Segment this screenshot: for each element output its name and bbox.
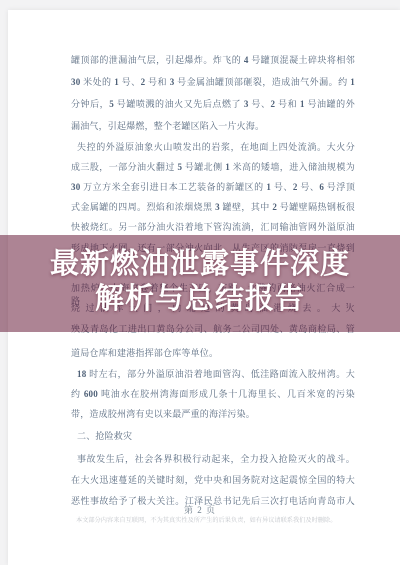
doc-text-line: 快被烧红。另一部分油火沿着地下管沟流淌，汇同输油管网外溢原油: [71, 221, 355, 235]
doc-text-line: 带，造成胶州湾有史以来最严重的海洋污染。: [71, 408, 355, 422]
report-title-line2: 解析与总结报告: [0, 282, 400, 317]
document-viewer: { "document": { "background_color": "#f3…: [0, 0, 400, 565]
doc-text-line: 分钟后，5 号罐喷溅的油火又先后点燃了 3 号、2 号和 1 号油罐的外: [71, 98, 355, 112]
doc-text-line: 18 时左右，部分外溢原油沿着地面管沟、低洼路面流入胶州湾。大: [71, 368, 355, 382]
doc-text-line: 在大火迅速蔓延的关键时刻，党中央和国务院对这起震惊全国的特大: [71, 474, 355, 488]
doc-text-line: 30 万立方米全套引进日本工艺装备的新罐区的 1 号、2 号、6 号浮顶: [71, 181, 355, 195]
doc-text-line: 式金属罐的四周。烈焰和浓烟烧黑 3 罐壁，其中 2 号罐壁隔热钢板很: [71, 201, 355, 215]
report-title: 最新燃油泄露事件深度 解析与总结报告: [0, 247, 400, 317]
doc-text-line: 30 米处的 1 号、2 号和 3 号金属油罐顶部砸裂，造成油气外漏。约 1: [71, 76, 355, 90]
doc-text-line: 道局仓库和建港指挥部仓库等单位。: [71, 347, 355, 361]
footer-disclaimer: 本文部分内容来自互联网，不为其真实性及所产生的后果负责，如有异议请联系我们及时删…: [76, 517, 324, 524]
doc-text-line: 失控的外溢原油象火山喷发出的岩浆，在地面上四处流淌。大火分: [71, 141, 355, 155]
doc-text-line: 事故发生后，社会各界积极行动起来，全力投入抢险灭火的战斗。: [71, 453, 355, 467]
doc-text-line: 约 600 吨油水在胶州湾海面形成几条十几海里长、几百米宽的污染: [71, 388, 355, 402]
doc-text-line: 二、抢险救灾: [71, 430, 355, 444]
page-number: 第 2 页: [0, 504, 400, 516]
doc-text-line: 成三股，一部分油火翻过 5 号罐北侧 1 米高的矮墙，进入储油规模为: [71, 161, 355, 175]
doc-text-line: 罐顶部的泄漏油气层，引起爆炸。炸飞的 4 号罐顶混凝土碎块将相邻: [71, 54, 355, 68]
report-title-line1: 最新燃油泄露事件深度: [0, 247, 400, 282]
doc-text-line: 漏油气，引起爆燃，整个老罐区陷入一片火海。: [71, 120, 355, 134]
